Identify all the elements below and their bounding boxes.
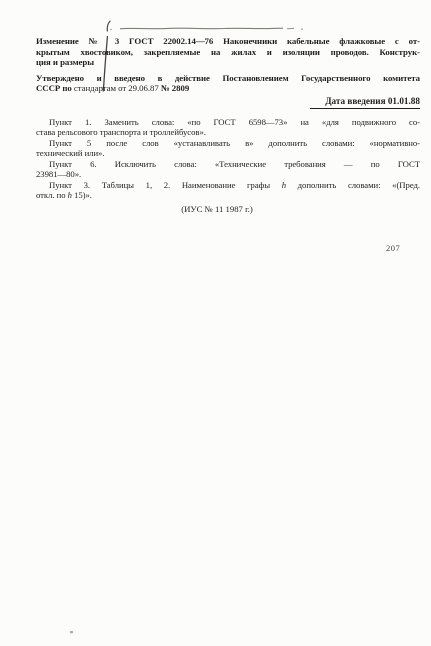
text-line: става рельсового транспорта и троллейбус… [36, 127, 420, 137]
ius-reference: (ИУС № 11 1987 г.) [36, 204, 420, 214]
text-line: Утверждено и введено в действие Постанов… [36, 73, 420, 84]
text-segment: СССР по [36, 83, 74, 93]
text-segment: стандартам от [74, 83, 128, 93]
speck-artifact [70, 631, 73, 633]
text-segment: технический или». [36, 148, 104, 158]
text-line: ция и размеры [36, 57, 420, 68]
text-line: откл. по h 15)». [36, 190, 420, 200]
text-segment: 23981—80». [36, 169, 81, 179]
page-number: 207 [386, 243, 400, 253]
text-segment: дополнить словами: «(Пред. [286, 180, 420, 190]
text-column: Изменение № 3 ГОСТ 22002.14—76 Наконечни… [36, 36, 420, 215]
text-line: Пункт 1. Заменить слова: «по ГОСТ 6598—7… [36, 117, 420, 127]
text-segment: крытым хвостовиком, закрепляемые на жила… [36, 47, 420, 57]
effective-date: Дата введения 01.01.88 [310, 96, 420, 109]
text-segment: № 2809 [161, 83, 189, 93]
text-segment: Изменение № 3 ГОСТ 22002.14—76 Наконечни… [36, 36, 420, 46]
text-segment: става рельсового транспорта и троллейбус… [36, 127, 206, 137]
text-line: Пункт 6. Исключить слова: «Технические т… [36, 159, 420, 169]
text-segment: Пункт 5 после слов «устанавливать в» доп… [49, 138, 420, 148]
text-line: крытым хвостовиком, закрепляемые на жила… [36, 47, 420, 58]
text-line: Пункт 3. Таблицы 1, 2. Наименование граф… [36, 180, 420, 190]
text-line: 23981—80». [36, 169, 420, 179]
text-line: технический или». [36, 148, 420, 158]
text-segment: откл. по [36, 190, 68, 200]
text-segment: Пункт 3. Таблицы 1, 2. Наименование граф… [49, 180, 282, 190]
document-page: Изменение № 3 ГОСТ 22002.14—76 Наконечни… [0, 0, 431, 646]
text-segment: 15)». [72, 190, 92, 200]
text-segment: ция и размеры [36, 57, 94, 67]
text-segment: Утверждено и введено в действие Постанов… [36, 73, 420, 83]
text-segment: Пункт 1. Заменить слова: «по ГОСТ 6598—7… [49, 117, 420, 127]
text-line: Изменение № 3 ГОСТ 22002.14—76 Наконечни… [36, 36, 420, 47]
text-segment: Пункт 6. Исключить слова: «Технические т… [49, 159, 420, 169]
amendment-body: Пункт 1. Заменить слова: «по ГОСТ 6598—7… [36, 117, 420, 201]
text-segment: 29.06.87 [128, 83, 161, 93]
text-line: Пункт 5 после слов «устанавливать в» доп… [36, 138, 420, 148]
amendment-title: Изменение № 3 ГОСТ 22002.14—76 Наконечни… [36, 36, 420, 68]
scan-line-artifact [110, 28, 303, 30]
